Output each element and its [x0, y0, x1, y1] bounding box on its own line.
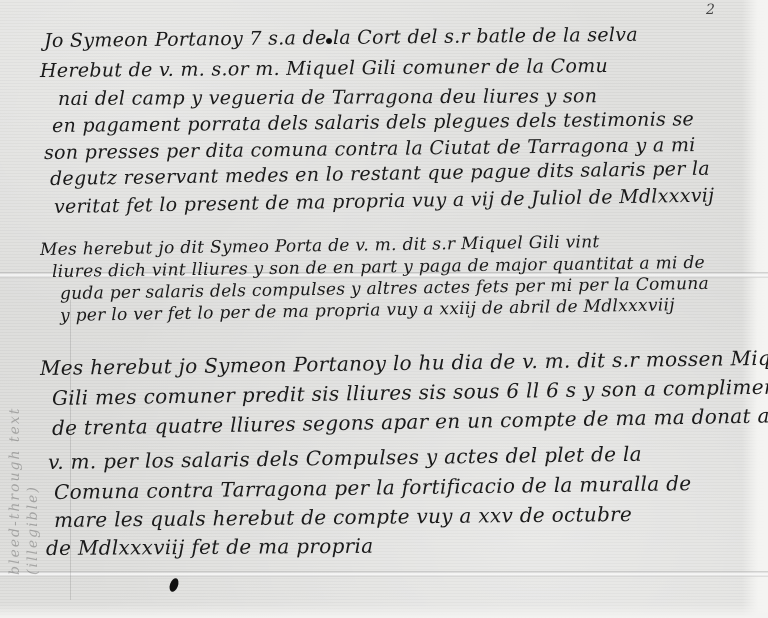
text-line: nai del camp y vegueria de Tarragona deu…: [58, 85, 597, 110]
margin-bleed-through: bleed-through text (illegible): [6, 345, 36, 575]
text-line: de Mdlxxxviij fet de ma propria: [46, 534, 374, 560]
paper-edge-right: [742, 0, 768, 618]
manuscript-page: bleed-through text (illegible) 2 Jo Syme…: [0, 0, 768, 618]
text-line: mare les quals herebut de compte vuy a x…: [54, 502, 632, 532]
paper-fold-crease-lower: [0, 571, 768, 577]
text-line: de trenta quatre lliures segons apar en …: [52, 403, 768, 440]
text-line: veritat fet lo present de ma propria vuy…: [54, 184, 715, 218]
ink-dot: [326, 38, 332, 44]
text-line: Herebut de v. m. s.or m. Miquel Gili com…: [40, 55, 608, 82]
text-line: Jo Symeon Portanoy 7 s.a de la Cort del …: [44, 24, 638, 52]
text-line: Comuna contra Tarragona per la fortifica…: [54, 471, 692, 504]
page-number: 2: [706, 2, 715, 18]
paper-edge-bottom: [0, 604, 768, 618]
text-line: v. m. per los salaris dels Compulses y a…: [48, 442, 642, 474]
text-line: en pagament porrata dels salaris dels pl…: [52, 108, 694, 137]
text-line: Mes herebut jo Symeon Portanoy lo hu dia…: [40, 345, 768, 380]
ink-flourish-mark: [168, 577, 180, 593]
